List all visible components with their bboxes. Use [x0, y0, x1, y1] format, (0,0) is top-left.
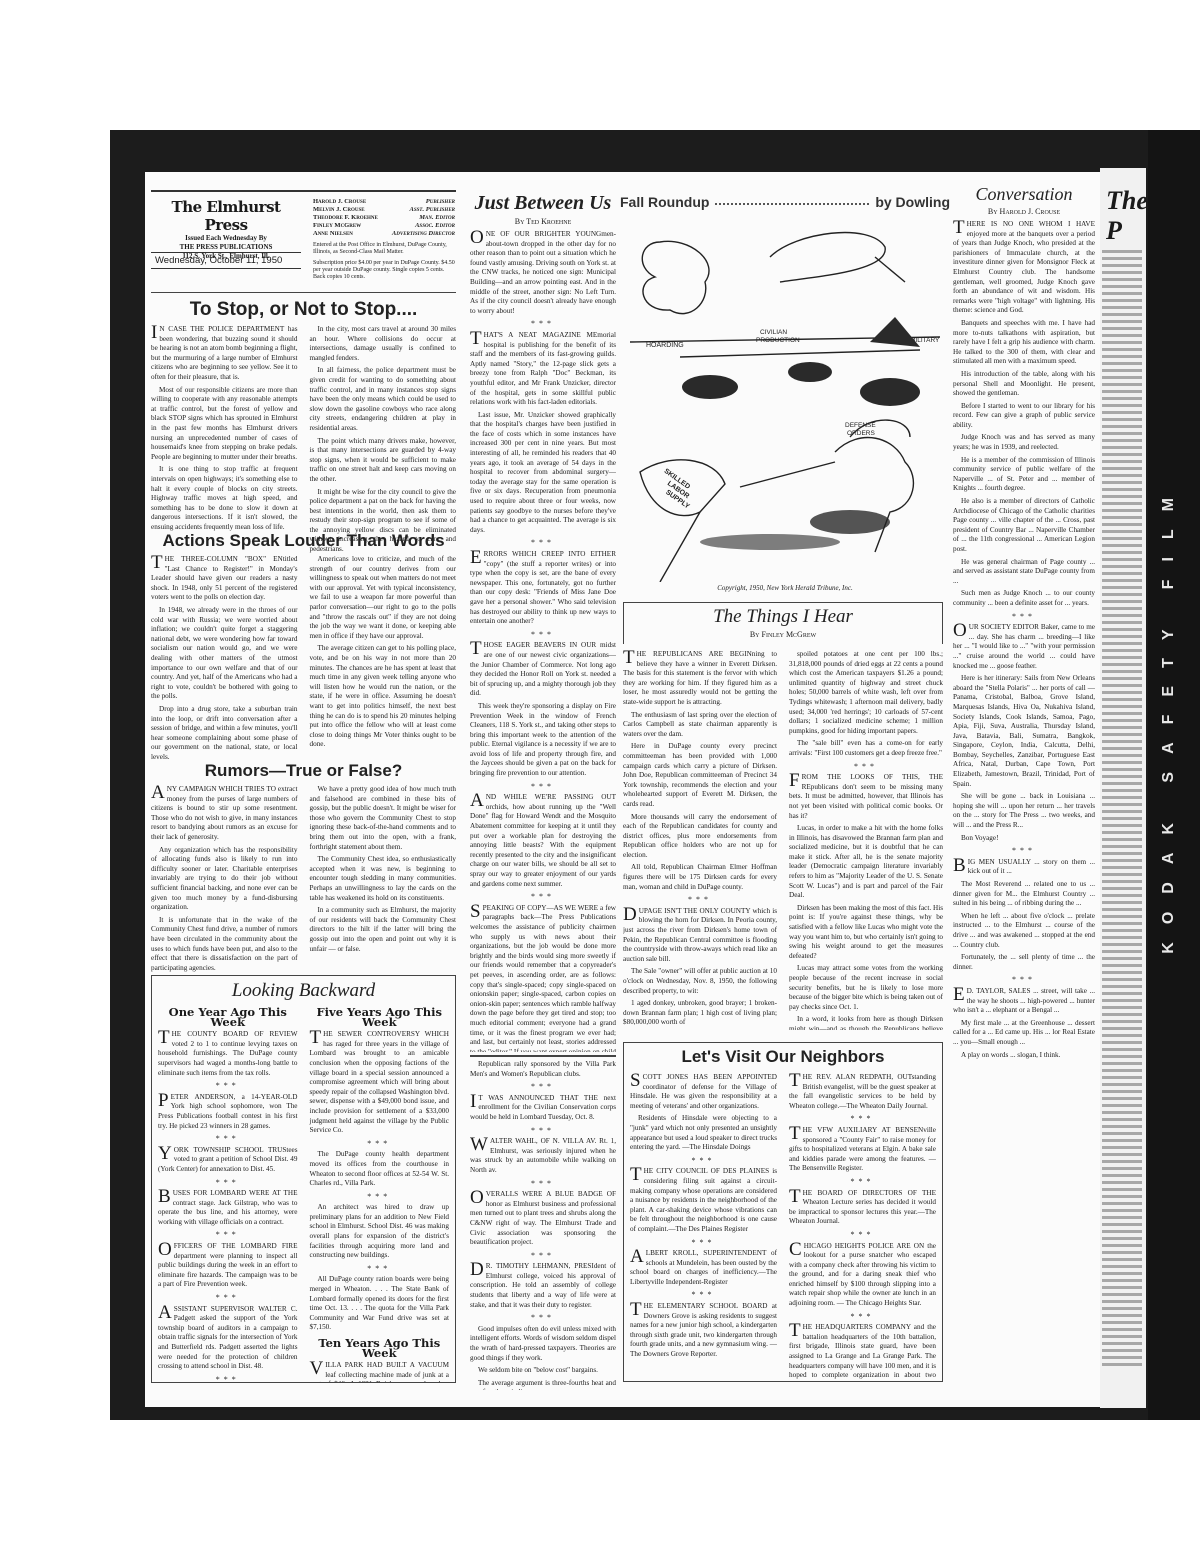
- byline: By Finley McGrew: [624, 630, 942, 639]
- issued-line: Issued Each Wednesday By: [151, 234, 301, 243]
- section-title: Looking Backward: [158, 980, 449, 1002]
- things-i-hear-header: The Things I Hear By Finley McGrew: [623, 602, 943, 644]
- cartoon-drawing: HOARDING CIVILIAN PRODUCTION MILITARY DE…: [620, 222, 950, 582]
- editorial-cartoon: Fall Roundup by Dowling HOARDING CIVILIA…: [620, 182, 950, 600]
- one-year-heading: One Year Ago This Week: [158, 1008, 298, 1027]
- staff-row: Melvin J. CrouseAsst. Publisher: [313, 206, 455, 214]
- five-years-heading: Five Years Ago This Week: [310, 1008, 450, 1027]
- staff-box: Harold J. CrousePublisher Melvin J. Crou…: [313, 198, 455, 281]
- headline: Rumors—True or False?: [151, 761, 456, 781]
- publisher-name: THE PRESS PUBLICATIONS: [151, 243, 301, 252]
- subscription-note: Subscription price $4.00 per year in DuP…: [313, 260, 455, 281]
- editorial-rumors: Rumors—True or False? ANY CAMPAIGN WHICH…: [151, 757, 456, 976]
- staff-row: Anne NielsenAdvertising Director: [313, 230, 455, 238]
- staff-row: Theodore F. KroehneMan. Editor: [313, 214, 455, 222]
- cartoon-title: Fall Roundup: [620, 194, 709, 210]
- newspaper-page: The Elmhurst Press Issued Each Wednesday…: [145, 172, 1100, 1407]
- entry-note: Entered at the Post Office in Elmhurst, …: [313, 242, 455, 256]
- ten-years-heading: Ten Years Ago This Week: [310, 1339, 450, 1358]
- issue-date: Wednesday, October 11, 1950: [151, 252, 301, 269]
- svg-text:CIVILIAN: CIVILIAN: [760, 329, 787, 336]
- svg-text:PRODUCTION: PRODUCTION: [756, 337, 800, 344]
- byline: By Harold J. Crouse: [953, 207, 1095, 216]
- headline: To Stop, or Not to Stop....: [151, 299, 456, 321]
- things-i-hear-body: THE REPUBLICANS ARE BEGINning to believe…: [623, 650, 943, 1030]
- cartoon-title-row: Fall Roundup by Dowling: [620, 194, 950, 210]
- headline: Actions Speak Louder Than Words: [151, 531, 456, 551]
- adjacent-page-title: The P: [1106, 186, 1146, 246]
- byline: By Ted Kroehne: [470, 217, 616, 226]
- masthead: The Elmhurst Press Issued Each Wednesday…: [151, 190, 456, 290]
- adjacent-page-fragment: The P: [1100, 168, 1146, 1408]
- column-divider: [470, 1055, 616, 1057]
- staff-row: Harold J. CrousePublisher: [313, 198, 455, 206]
- editorial-stop-signs: To Stop, or Not to Stop.... IN CASE THE …: [151, 292, 456, 558]
- looking-backward-continued: Republican rally sponsored by the Villa …: [470, 1060, 616, 1390]
- svg-text:ORDERS: ORDERS: [847, 430, 875, 437]
- conversation-column: Conversation By Harold J. Crouse THERE I…: [953, 184, 1095, 1384]
- just-between-us-column: Just Between Us By Ted Kroehne ONE OF OU…: [470, 192, 616, 1052]
- svg-text:DEFENSE: DEFENSE: [845, 422, 876, 429]
- staff-row: Finley McGrewAssoc. Editor: [313, 222, 455, 230]
- svg-text:HOARDING: HOARDING: [646, 342, 684, 349]
- cartoon-artist: by Dowling: [875, 194, 950, 210]
- editorial-actions-speak: Actions Speak Louder Than Words THE THRE…: [151, 527, 456, 765]
- paper-title: The Elmhurst Press: [151, 198, 301, 234]
- section-title: Let's Visit Our Neighbors: [630, 1047, 936, 1067]
- adjacent-page-text: [1100, 250, 1146, 1366]
- film-edge-text: KODAK SAFETY FILM: [1160, 480, 1190, 954]
- column-title: The Things I Hear: [624, 606, 942, 628]
- cartoon-copyright: Copyright, 1950, New York Herald Tribune…: [620, 584, 950, 592]
- looking-backward-box: Looking Backward One Year Ago This Week …: [151, 975, 456, 1383]
- column-title: Conversation: [953, 184, 1095, 205]
- column-title: Just Between Us: [470, 192, 616, 215]
- neighbors-box: Let's Visit Our Neighbors SCOTT JONES HA…: [623, 1042, 943, 1382]
